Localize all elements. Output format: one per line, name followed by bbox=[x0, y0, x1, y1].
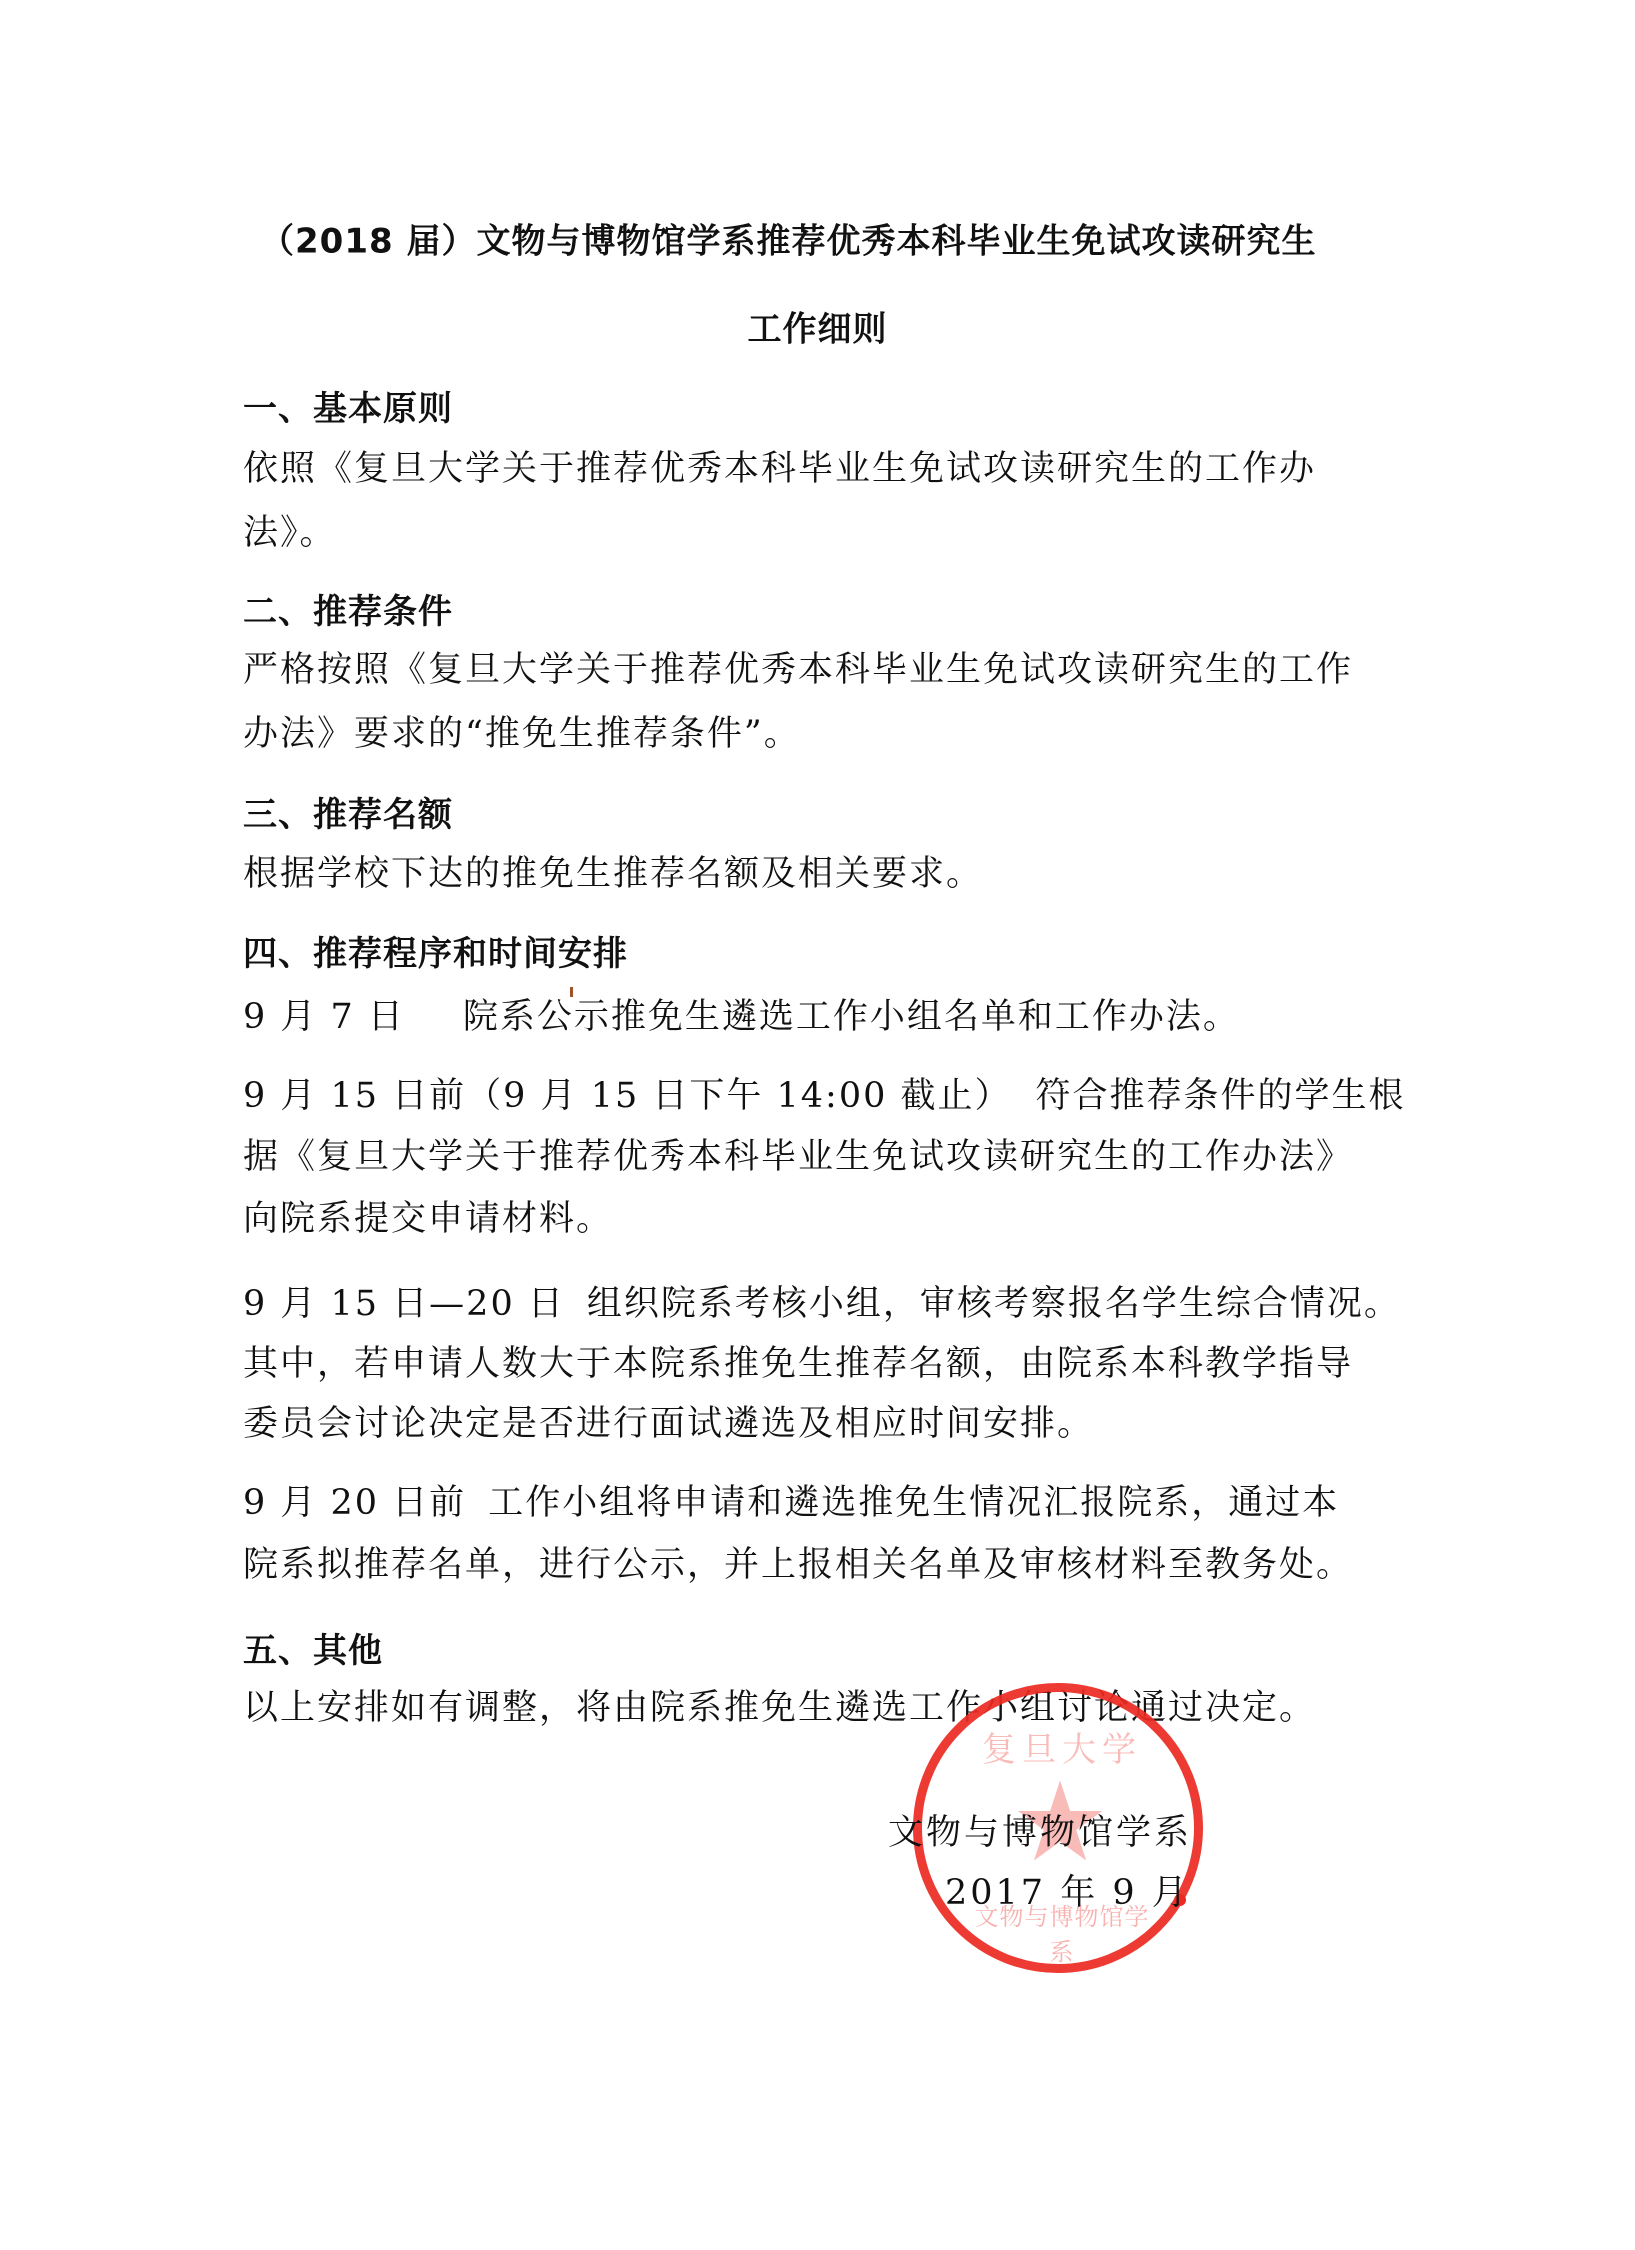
schedule-date: 9 月 20 日前 bbox=[243, 1483, 466, 1523]
paragraph-line: 法》。 bbox=[243, 511, 337, 555]
schedule-text: 符合推荐条件的学生根 bbox=[1035, 1076, 1405, 1116]
section-heading-quota: 三、推荐名额 bbox=[243, 793, 453, 837]
schedule-text: 组织院系考核小组，审核考察报名学生综合情况。 bbox=[587, 1284, 1401, 1324]
schedule-item-sep20: 9 月 20 日前工作小组将申请和遴选推免生情况汇报院系，通过本 bbox=[243, 1481, 1339, 1525]
signature-date: 2017 年 9 月 bbox=[945, 1865, 1190, 1915]
schedule-date: 9 月 7 日 bbox=[243, 997, 405, 1037]
document-title-line2: 工作细则 bbox=[0, 302, 1635, 351]
schedule-text: 院系公示推免生遴选工作小组名单和工作办法。 bbox=[463, 997, 1240, 1037]
section-heading-principles: 一、基本原则 bbox=[243, 387, 453, 431]
paragraph-line: 院系拟推荐名单，进行公示，并上报相关名单及审核材料至教务处。 bbox=[243, 1543, 1353, 1587]
paragraph-line: 严格按照《复旦大学关于推荐优秀本科毕业生免试攻读研究生的工作 bbox=[243, 648, 1353, 692]
paragraph-line: 向院系提交申请材料。 bbox=[243, 1197, 613, 1241]
paragraph-line: 其中，若申请人数大于本院系推免生推荐名额，由院系本科教学指导 bbox=[243, 1342, 1353, 1386]
schedule-date: 9 月 15 日前（9 月 15 日下午 14:00 截止） bbox=[243, 1076, 1011, 1116]
document-page: （2018 届）文物与博物馆学系推荐优秀本科毕业生免试攻读研究生 工作细则 一、… bbox=[0, 0, 1635, 2250]
paragraph-line: 依照《复旦大学关于推荐优秀本科毕业生免试攻读研究生的工作办 bbox=[243, 447, 1316, 491]
schedule-date: 9 月 15 日—20 日 bbox=[243, 1284, 565, 1324]
schedule-item-sep15: 9 月 15 日前（9 月 15 日下午 14:00 截止）符合推荐条件的学生根 bbox=[243, 1074, 1406, 1118]
paragraph-line: 据《复旦大学关于推荐优秀本科毕业生免试攻读研究生的工作办法》 bbox=[243, 1135, 1353, 1179]
schedule-text: 工作小组将申请和遴选推免生情况汇报院系，通过本 bbox=[488, 1483, 1339, 1523]
schedule-item-sep7: 9 月 7 日院系公示推免生遴选工作小组名单和工作办法。 bbox=[243, 995, 1240, 1039]
signature-department: 文物与博物馆学系 bbox=[888, 1805, 1192, 1855]
paragraph-line: 办法》要求的“推免生推荐条件”。 bbox=[243, 712, 801, 756]
paragraph-line: 根据学校下达的推免生推荐名额及相关要求。 bbox=[243, 852, 983, 896]
document-title-line1: （2018 届）文物与博物馆学系推荐优秀本科毕业生免试攻读研究生 bbox=[260, 214, 1345, 263]
schedule-item-sep15-20: 9 月 15 日—20 日组织院系考核小组，审核考察报名学生综合情况。 bbox=[243, 1282, 1401, 1326]
section-heading-schedule: 四、推荐程序和时间安排 bbox=[243, 932, 628, 976]
section-heading-other: 五、其他 bbox=[243, 1629, 383, 1673]
section-heading-conditions: 二、推荐条件 bbox=[243, 590, 453, 634]
paragraph-line: 委员会讨论决定是否进行面试遴选及相应时间安排。 bbox=[243, 1402, 1094, 1446]
